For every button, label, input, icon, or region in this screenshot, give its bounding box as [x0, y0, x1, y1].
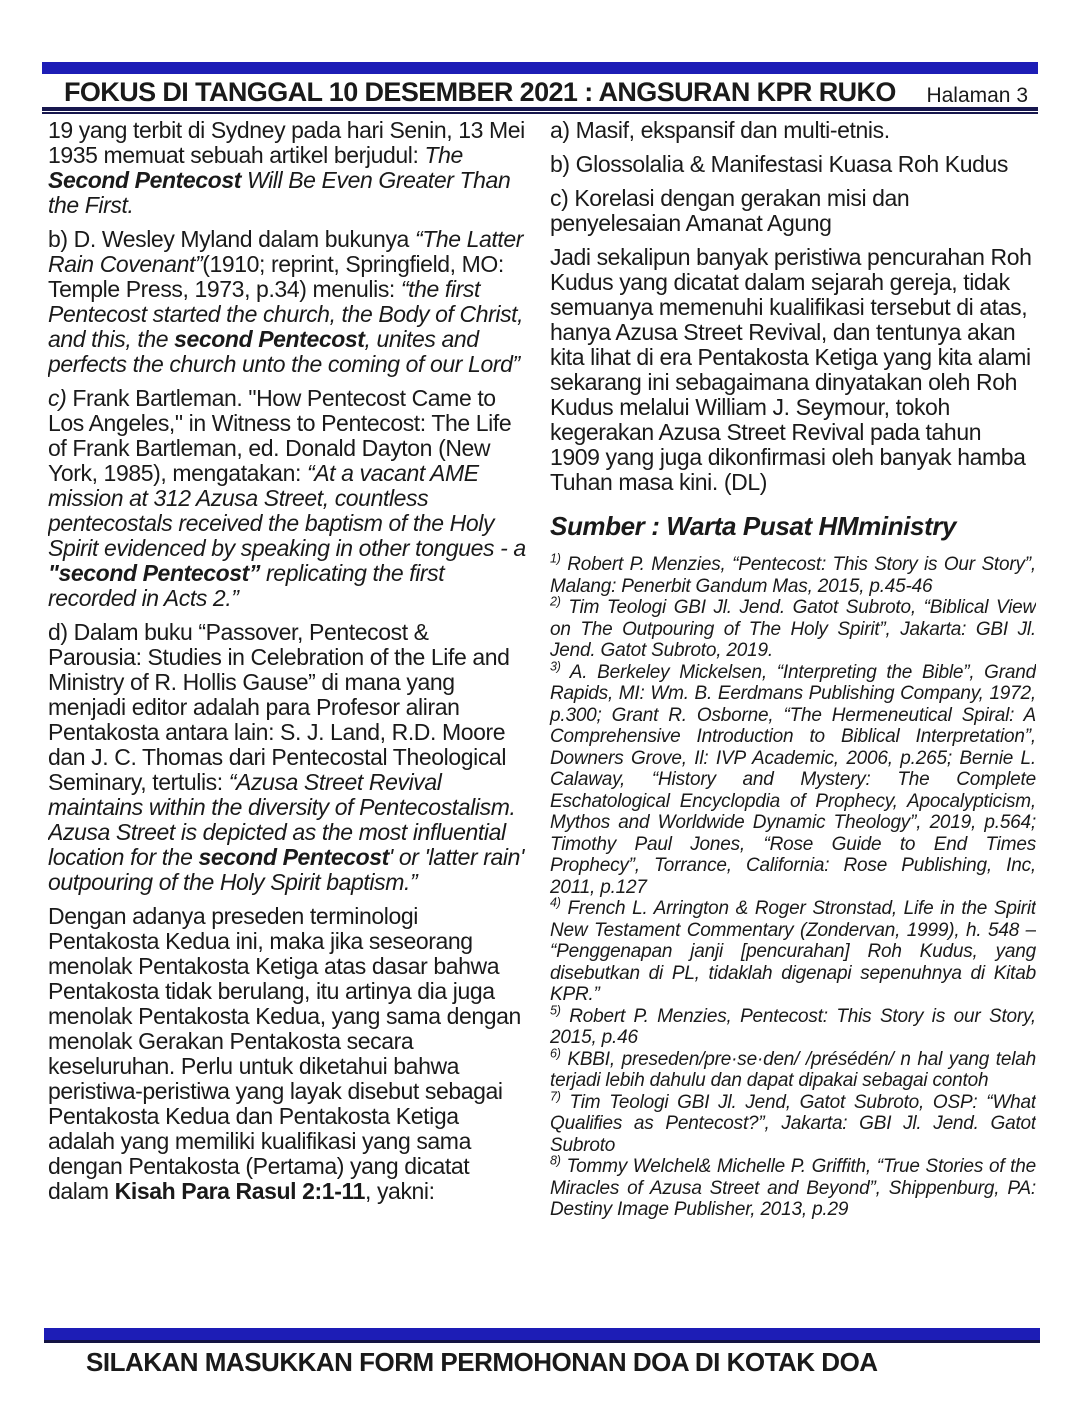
header-divider: [42, 107, 1038, 114]
footer-accent-bar: [44, 1328, 1040, 1343]
footnote-marker: 3): [550, 659, 561, 673]
footnote: 4) French L. Arrington & Roger Stronstad…: [550, 898, 1036, 1006]
text-run: "second Pentecost”: [48, 560, 260, 586]
top-accent-bar: [42, 62, 1038, 74]
footnote-marker: 2): [550, 595, 561, 609]
footnote-text: Robert P. Menzies, “Pentecost: This Stor…: [550, 554, 1036, 597]
page-number: Halaman 3: [926, 84, 1034, 108]
paragraph: 19 yang terbit di Sydney pada hari Senin…: [48, 118, 526, 218]
right-column: a) Masif, ekspansif dan multi-etnis.b) G…: [550, 118, 1036, 1320]
footnote: 2) Tim Teologi GBI Jl. Jend. Gatot Subro…: [550, 597, 1036, 662]
text-run: The: [424, 142, 462, 168]
left-column: 19 yang terbit di Sydney pada hari Senin…: [48, 118, 526, 1320]
footnote: 5) Robert P. Menzies, Pentecost: This St…: [550, 1006, 1036, 1049]
text-run: Jadi sekalipun banyak peristiwa pencurah…: [550, 244, 1032, 495]
article-body: 19 yang terbit di Sydney pada hari Senin…: [48, 118, 1036, 1320]
footnote-marker: 6): [550, 1046, 561, 1060]
text-run: b) Glossolalia & Manifestasi Kuasa Roh K…: [550, 151, 1008, 177]
footer-message: SILAKAN MASUKKAN FORM PERMOHONAN DOA DI …: [86, 1347, 878, 1378]
footnote-text: Tim Teologi GBI Jl. Jend. Gatot Subroto,…: [550, 597, 1036, 661]
footnote-text: KBBI, preseden/pre·se·den/ /présédén/ n …: [550, 1049, 1036, 1092]
text-run: b) D. Wesley Myland dalam bukunya: [48, 226, 415, 252]
footnote: 7) Tim Teologi GBI Jl. Jend, Gatot Subro…: [550, 1092, 1036, 1157]
footnote-marker: 8): [550, 1154, 561, 1168]
bulletin-page: FOKUS DI TANGGAL 10 DESEMBER 2021 : ANGS…: [0, 0, 1080, 1408]
footnote-text: Tim Teologi GBI Jl. Jend, Gatot Subroto,…: [550, 1092, 1036, 1156]
text-run: c) Korelasi dengan gerakan misi dan peny…: [550, 185, 909, 236]
paragraph: d) Dalam buku “Passover, Pentecost & Par…: [48, 620, 526, 895]
paragraph: c) Korelasi dengan gerakan misi dan peny…: [550, 186, 1036, 236]
text-run: c): [48, 385, 66, 411]
text-run: Dengan adanya preseden terminologi Penta…: [48, 903, 521, 1204]
text-run: second Pentecost: [198, 844, 388, 870]
footnote-marker: 4): [550, 896, 561, 910]
footnote-text: Tommy Welchel& Michelle P. Griffith, “Tr…: [550, 1156, 1036, 1220]
paragraph: b) D. Wesley Myland dalam bukunya “The L…: [48, 227, 526, 377]
text-run: Second Pentecost: [48, 167, 241, 193]
footnote-marker: 5): [550, 1003, 561, 1017]
paragraph: b) Glossolalia & Manifestasi Kuasa Roh K…: [550, 152, 1036, 177]
paragraph: Jadi sekalipun banyak peristiwa pencurah…: [550, 245, 1036, 495]
footnote-text: Robert P. Menzies, Pentecost: This Story…: [550, 1006, 1036, 1049]
page-title: FOKUS DI TANGGAL 10 DESEMBER 2021 : ANGS…: [48, 77, 896, 108]
footnote: 3) A. Berkeley Mickelsen, “Interpreting …: [550, 662, 1036, 899]
footnote-text: A. Berkeley Mickelsen, “Interpreting the…: [550, 662, 1036, 898]
footnote: 1) Robert P. Menzies, “Pentecost: This S…: [550, 554, 1036, 597]
right-column-paragraphs: a) Masif, ekspansif dan multi-etnis.b) G…: [550, 118, 1036, 495]
text-run: Kisah Para Rasul 2:1-11: [115, 1178, 365, 1204]
paragraph: c) Frank Bartleman. "How Pentecost Came …: [48, 386, 526, 611]
footnote-text: French L. Arrington & Roger Stronstad, L…: [550, 898, 1036, 1005]
footnote-marker: 1): [550, 552, 561, 566]
footnote: 8) Tommy Welchel& Michelle P. Griffith, …: [550, 1156, 1036, 1221]
paragraph: a) Masif, ekspansif dan multi-etnis.: [550, 118, 1036, 143]
footnote-marker: 7): [550, 1089, 561, 1103]
text-run: second Pentecost: [174, 326, 364, 352]
text-run: a) Masif, ekspansif dan multi-etnis.: [550, 118, 890, 143]
footnote: 6) KBBI, preseden/pre·se·den/ /présédén/…: [550, 1049, 1036, 1092]
page-header: FOKUS DI TANGGAL 10 DESEMBER 2021 : ANGS…: [48, 76, 1034, 108]
paragraph: Dengan adanya preseden terminologi Penta…: [48, 904, 526, 1204]
footnotes-section: 1) Robert P. Menzies, “Pentecost: This S…: [550, 554, 1036, 1221]
source-heading: Sumber : Warta Pusat HMministry: [550, 511, 1036, 542]
text-run: , yakni:: [365, 1178, 435, 1204]
